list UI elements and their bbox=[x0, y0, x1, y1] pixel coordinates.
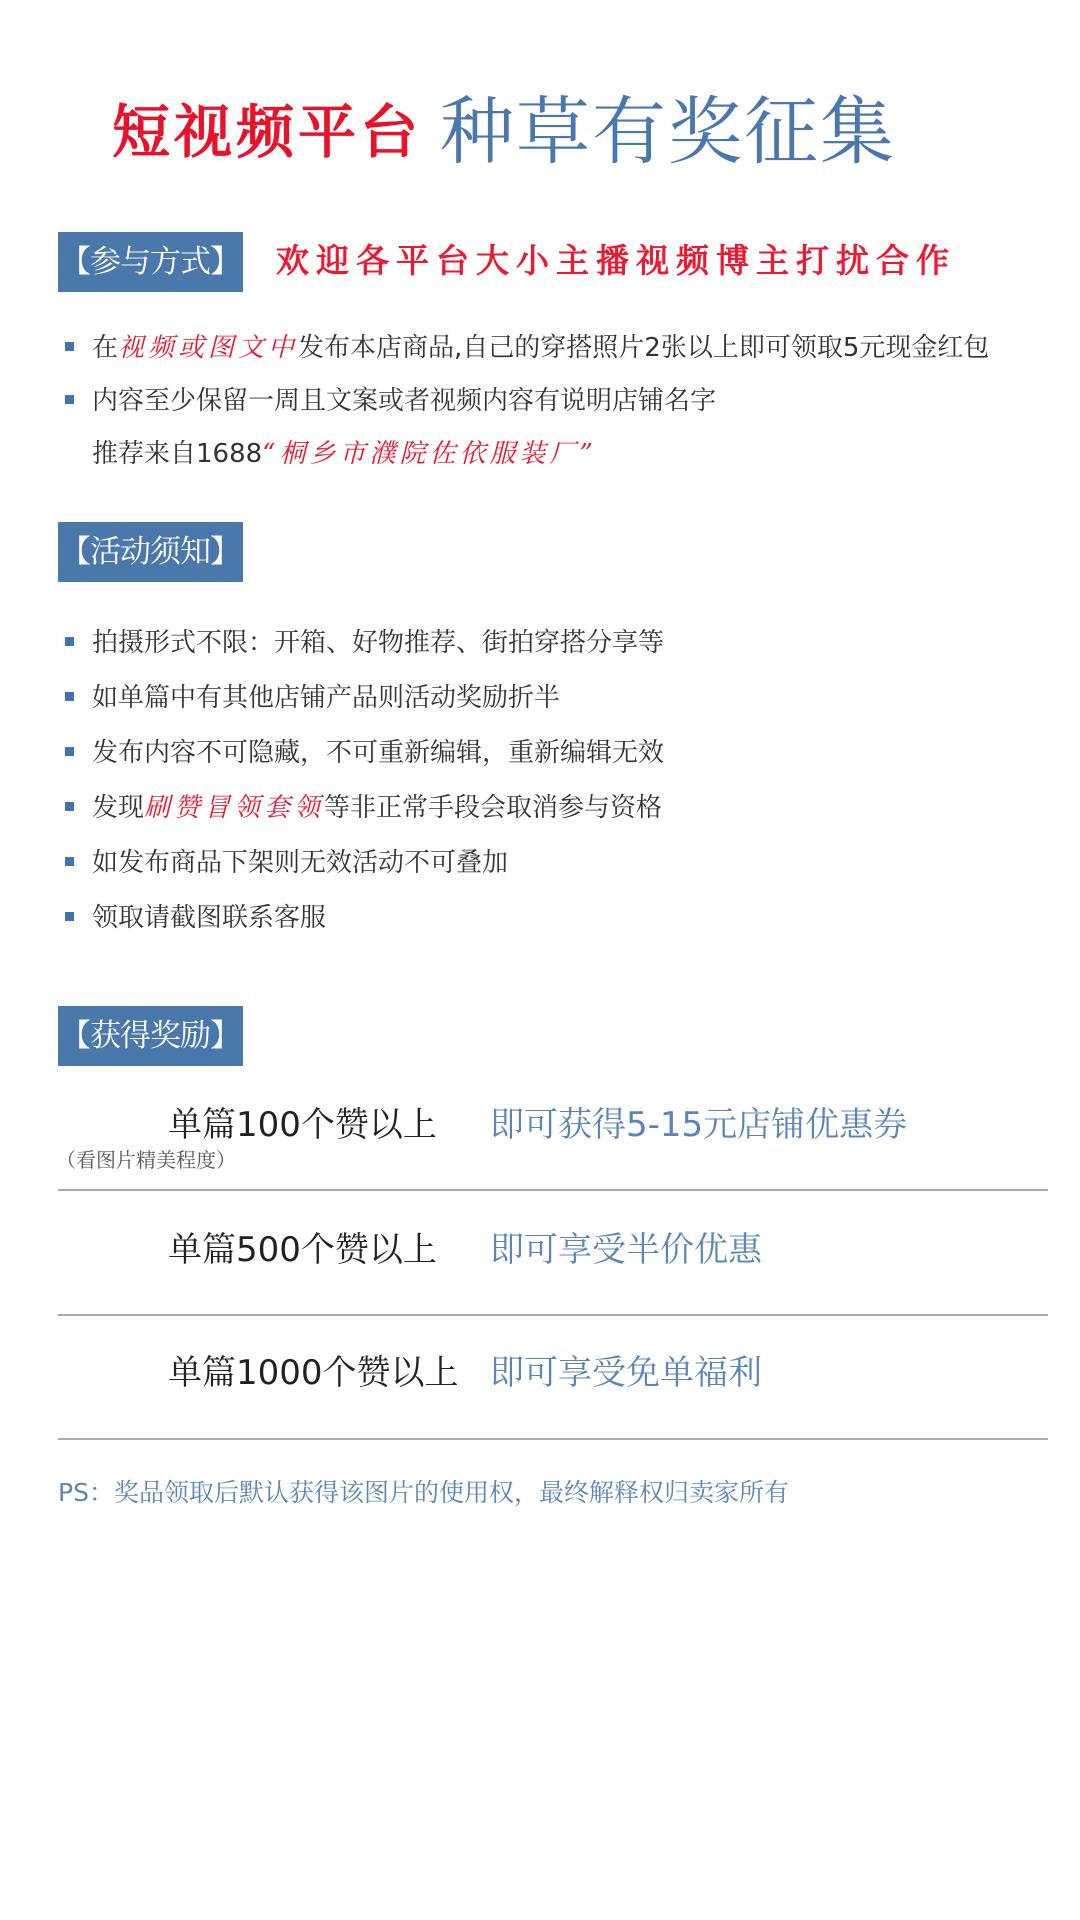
page-title: 种草有奖征集 bbox=[440, 88, 896, 176]
list-item: 如单篇中有其他店铺产品则活动奖励折半 bbox=[58, 678, 560, 718]
welcome-banner: 欢迎各平台大小主播视频博主打扰合作 bbox=[276, 238, 956, 284]
reward-benefit: 即可享受免单福利 bbox=[490, 1351, 762, 1395]
bullet-icon bbox=[65, 747, 74, 756]
list-item: 发现刷赞冒领套领等非正常手段会取消参与资格 bbox=[58, 788, 662, 828]
list-item: 如发布商品下架则无效活动不可叠加 bbox=[58, 843, 508, 883]
item-text: 内容至少保留一周且文案或者视频内容有说明店铺名字 bbox=[92, 386, 716, 416]
section-label-rewards: 【获得奖励】 bbox=[58, 1006, 243, 1066]
bullet-icon bbox=[65, 395, 74, 404]
reward-condition: 单篇500个赞以上 bbox=[168, 1228, 437, 1272]
bullet-icon bbox=[65, 342, 74, 351]
item-text: 拍摄形式不限：开箱、好物推荐、街拍穿搭分享等 bbox=[92, 628, 664, 658]
reward-benefit: 即可获得5-15元店铺优惠券 bbox=[490, 1103, 907, 1147]
list-item: 内容至少保留一周且文案或者视频内容有说明店铺名字 bbox=[58, 381, 716, 421]
item-suffix: 等非正常手段会取消参与资格 bbox=[324, 793, 662, 823]
reward-benefit: 即可享受半价优惠 bbox=[490, 1228, 762, 1272]
item-prefix: 在 bbox=[92, 333, 118, 363]
list-item: 在视频或图文中发布本店商品,自己的穿搭照片2张以上即可领取5元现金红包 bbox=[58, 328, 989, 368]
list-item: 发布内容不可隐藏，不可重新编辑，重新编辑无效 bbox=[58, 733, 664, 773]
divider bbox=[58, 1189, 1048, 1191]
bullet-icon bbox=[65, 802, 74, 811]
list-item: 拍摄形式不限：开箱、好物推荐、街拍穿搭分享等 bbox=[58, 623, 664, 663]
item-highlight: 视频或图文中 bbox=[118, 333, 298, 363]
bullet-icon bbox=[65, 857, 74, 866]
item-highlight: 刷赞冒领套领 bbox=[144, 793, 324, 823]
recommend-line: 推荐来自1688“桐乡市濮院佐依服装厂” bbox=[58, 434, 597, 474]
bullet-icon bbox=[65, 912, 74, 921]
shop-name: “桐乡市濮院佐依服装厂” bbox=[262, 439, 597, 469]
reward-condition: 单篇100个赞以上 bbox=[168, 1103, 437, 1147]
item-text: 领取请截图联系客服 bbox=[92, 903, 326, 933]
bullet-icon bbox=[65, 637, 74, 646]
bullet-icon bbox=[65, 692, 74, 701]
item-text: 发布内容不可隐藏，不可重新编辑，重新编辑无效 bbox=[92, 738, 664, 768]
reward-condition: 单篇1000个赞以上 bbox=[168, 1351, 459, 1395]
section-label-notice: 【活动须知】 bbox=[58, 522, 243, 582]
ps-note: PS：奖品领取后默认获得该图片的使用权，最终解释权归卖家所有 bbox=[58, 1476, 789, 1510]
list-item: 领取请截图联系客服 bbox=[58, 898, 326, 938]
item-text: 如发布商品下架则无效活动不可叠加 bbox=[92, 848, 508, 878]
item-text: 如单篇中有其他店铺产品则活动奖励折半 bbox=[92, 683, 560, 713]
section-label-participation: 【参与方式】 bbox=[58, 232, 243, 292]
recommend-prefix: 推荐来自1688 bbox=[92, 439, 262, 469]
item-prefix: 发现 bbox=[92, 793, 144, 823]
reward-note: （看图片精美程度） bbox=[56, 1146, 236, 1174]
divider bbox=[58, 1314, 1048, 1316]
divider bbox=[58, 1438, 1048, 1440]
item-suffix: 发布本店商品,自己的穿搭照片2张以上即可领取5元现金红包 bbox=[298, 333, 989, 363]
title-highlight: 短视频平台 bbox=[112, 96, 422, 168]
